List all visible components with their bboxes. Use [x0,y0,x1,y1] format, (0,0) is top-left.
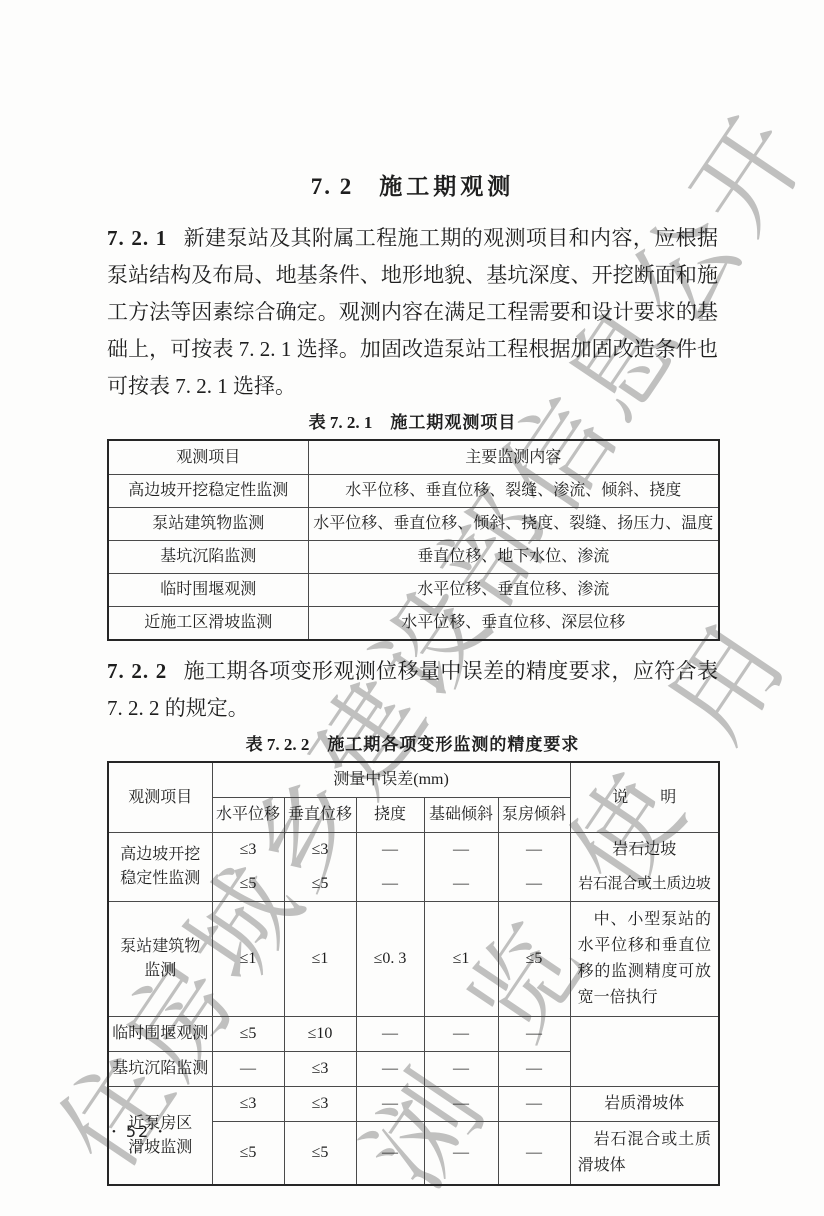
note-cell: 岩石边坡 [570,833,719,868]
table-722-caption: 表 7. 2. 2施工期各项变形监测的精度要求 [107,733,718,757]
value-cell: — [498,1017,570,1052]
note-cell: 岩石混合或土质边坡 [570,867,719,902]
value-cell: — [356,1087,424,1122]
table-row: 高边坡开挖稳定性监测 水平位移、垂直位移、裂缝、渗流、倾斜、挠度 [108,475,719,508]
table-722-item-cell: 基坑沉陷监测 [108,1052,212,1087]
table-row: 近泵房区 滑坡监测 ≤3 ≤3 — — — 岩质滑坡体 [108,1087,719,1122]
value-cell: — [424,1087,498,1122]
table-722-header-group: 测量中误差(mm) [212,762,570,798]
table-721-header-item: 观测项目 [108,440,308,475]
table-722-subheader: 泵房倾斜 [498,798,570,833]
table-721-header-content: 主要监测内容 [308,440,719,475]
table-722-item-cell: 高边坡开挖 稳定性监测 [108,833,212,902]
table-722-header-row-1: 观测项目 测量中误差(mm) 说 明 [108,762,719,798]
value-cell: — [498,1087,570,1122]
section-heading: 7. 2施工期观测 [107,172,718,202]
clause-7-2-2-number: 7. 2. 2 [107,659,167,683]
value-cell: — [424,867,498,902]
value-cell: ≤5 [284,1122,356,1186]
note-cell: 中、小型泵站的水平位移和垂直位移的监测精度可放宽一倍执行 [570,902,719,1017]
value-cell: — [356,1017,424,1052]
table-row: 临时围堰观测 水平位移、垂直位移、渗流 [108,574,719,607]
table-722: 观测项目 测量中误差(mm) 说 明 水平位移 垂直位移 挠度 基础倾斜 泵房倾… [107,761,720,1186]
table-722-caption-label: 表 7. 2. 2 [246,735,310,754]
clause-7-2-1-text: 新建泵站及其附属工程施工期的观测项目和内容，应根据泵站结构及布局、地基条件、地形… [107,226,718,398]
section-title: 施工期观测 [379,174,514,199]
table-722-item-cell: 泵站建筑物 监测 [108,902,212,1017]
table-722-caption-title: 施工期各项变形监测的精度要求 [327,735,579,754]
table-722-subheader: 基础倾斜 [424,798,498,833]
section-number: 7. 2 [311,174,354,199]
note-cell-empty [570,1017,719,1087]
value-cell: ≤5 [212,1122,284,1186]
table-721-item-cell: 基坑沉陷监测 [108,541,308,574]
footer-dot-right: • [158,1126,164,1138]
table-row: 高边坡开挖 稳定性监测 ≤3 ≤3 — — — 岩石边坡 [108,833,719,868]
value-cell: — [424,1122,498,1186]
value-cell: ≤1 [424,902,498,1017]
value-cell: — [498,867,570,902]
table-721-caption-title: 施工期观测项目 [390,413,516,432]
table-721-content-cell: 垂直位移、地下水位、渗流 [308,541,719,574]
clause-7-2-2: 7. 2. 2施工期各项变形观测位移量中误差的精度要求，应符合表 7. 2. 2… [107,653,718,727]
clause-7-2-1-number: 7. 2. 1 [107,226,167,250]
value-cell: — [424,1017,498,1052]
value-cell: ≤3 [212,833,284,868]
value-cell: — [498,833,570,868]
value-cell: ≤1 [212,902,284,1017]
value-cell: ≤10 [284,1017,356,1052]
table-721-caption: 表 7. 2. 1施工期观测项目 [107,411,718,435]
table-722-item-cell: 临时围堰观测 [108,1017,212,1052]
table-721-content-cell: 水平位移、垂直位移、裂缝、渗流、倾斜、挠度 [308,475,719,508]
value-cell: — [356,1052,424,1087]
value-cell: — [424,1052,498,1087]
value-cell: ≤5 [498,902,570,1017]
value-cell: — [424,833,498,868]
table-721-item-cell: 高边坡开挖稳定性监测 [108,475,308,508]
table-722-subheader: 水平位移 [212,798,284,833]
table-721: 观测项目 主要监测内容 高边坡开挖稳定性监测 水平位移、垂直位移、裂缝、渗流、倾… [107,439,720,641]
value-cell: ≤1 [284,902,356,1017]
table-row: 泵站建筑物监测 水平位移、垂直位移、倾斜、挠度、裂缝、扬压力、温度 [108,508,719,541]
table-721-content-cell: 水平位移、垂直位移、渗流 [308,574,719,607]
footer-dot-left: • [112,1126,118,1138]
table-721-caption-label: 表 7. 2. 1 [309,413,373,432]
clause-7-2-1: 7. 2. 1新建泵站及其附属工程施工期的观测项目和内容，应根据泵站结构及布局、… [107,220,718,405]
table-row: 临时围堰观测 ≤5 ≤10 — — — [108,1017,719,1052]
note-cell: 岩石混合或土质滑坡体 [570,1122,719,1186]
value-cell: ≤3 [284,1052,356,1087]
table-721-item-cell: 近施工区滑坡监测 [108,607,308,641]
table-722-subheader: 垂直位移 [284,798,356,833]
value-cell: — [498,1122,570,1186]
value-cell: — [356,833,424,868]
table-row: 泵站建筑物 监测 ≤1 ≤1 ≤0. 3 ≤1 ≤5 中、小型泵站的水平位移和垂… [108,902,719,1017]
value-cell: — [498,1052,570,1087]
clause-7-2-2-text: 施工期各项变形观测位移量中误差的精度要求，应符合表 7. 2. 2 的规定。 [107,659,718,720]
value-cell: — [212,1052,284,1087]
table-721-content-cell: 水平位移、垂直位移、倾斜、挠度、裂缝、扬压力、温度 [308,508,719,541]
value-cell: ≤0. 3 [356,902,424,1017]
note-cell: 岩质滑坡体 [570,1087,719,1122]
table-721-header-row: 观测项目 主要监测内容 [108,440,719,475]
value-cell: — [356,867,424,902]
table-721-content-cell: 水平位移、垂直位移、深层位移 [308,607,719,641]
value-cell: ≤5 [212,1017,284,1052]
value-cell: ≤3 [212,1087,284,1122]
table-722-header-note: 说 明 [570,762,719,833]
page-content: 7. 2施工期观测 7. 2. 1新建泵站及其附属工程施工期的观测项目和内容，应… [107,0,718,1186]
footer-page-number: 52 [126,1122,150,1141]
value-cell: ≤3 [284,1087,356,1122]
table-row: 近施工区滑坡监测 水平位移、垂直位移、深层位移 [108,607,719,641]
table-721-item-cell: 泵站建筑物监测 [108,508,308,541]
value-cell: — [356,1122,424,1186]
table-722-subheader: 挠度 [356,798,424,833]
table-row: 基坑沉陷监测 垂直位移、地下水位、渗流 [108,541,719,574]
table-721-item-cell: 临时围堰观测 [108,574,308,607]
value-cell: ≤3 [284,833,356,868]
value-cell: ≤5 [212,867,284,902]
document-page: 住房城乡建设部信息公开 浏览使用 7. 2施工期观测 7. 2. 1新建泵站及其… [0,0,824,1216]
page-number-footer: •52• [112,1122,164,1142]
value-cell: ≤5 [284,867,356,902]
table-722-header-item: 观测项目 [108,762,212,833]
